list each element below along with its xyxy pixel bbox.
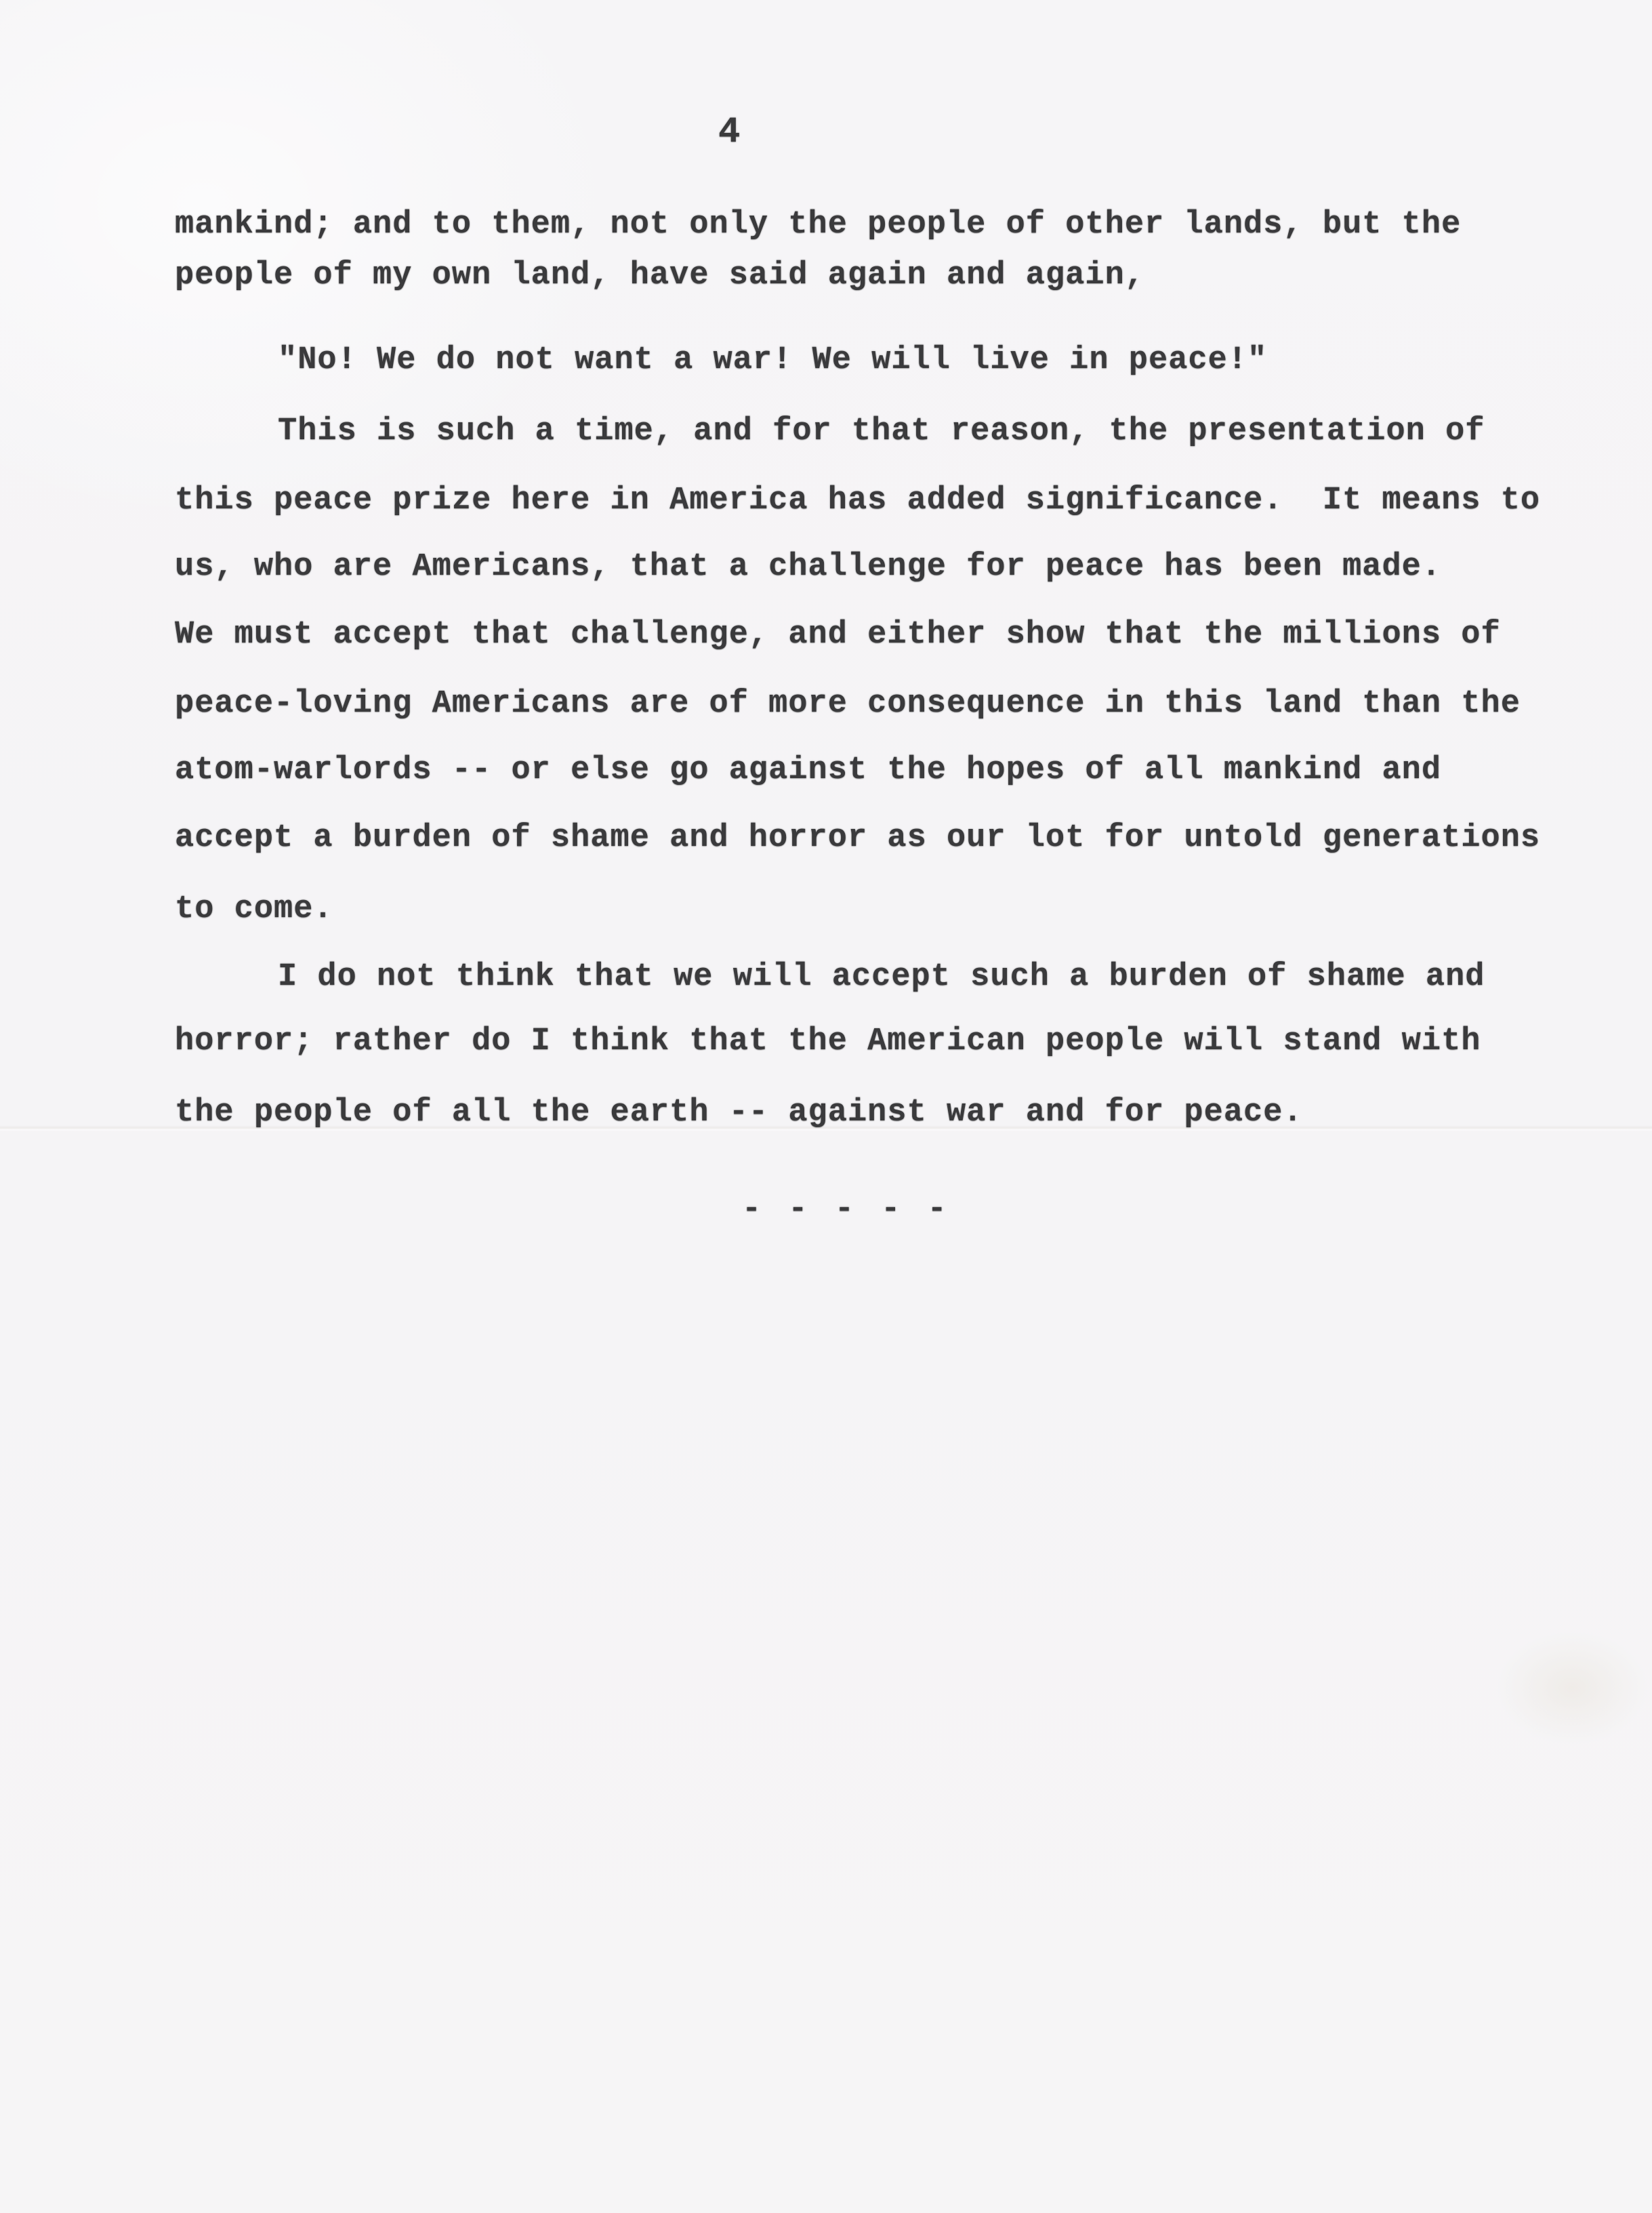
text-line-12: I do not think that we will accept such … <box>278 959 1485 995</box>
page-number: 4 <box>718 112 741 153</box>
end-mark: - - - - - <box>742 1192 951 1227</box>
text-line-2: people of my own land, have said again a… <box>175 258 1144 293</box>
text-line-7: We must accept that challenge, and eithe… <box>175 617 1501 653</box>
text-line-6: us, who are Americans, that a challenge … <box>175 549 1441 585</box>
text-line-1: mankind; and to them, not only the peopl… <box>175 207 1461 243</box>
text-line-13: horror; rather do I think that the Ameri… <box>175 1023 1481 1059</box>
text-line-4: This is such a time, and for that reason… <box>278 413 1485 449</box>
text-line-9: atom-warlords -- or else go against the … <box>175 752 1441 788</box>
text-line-3-quote: "No! We do not want a war! We will live … <box>278 342 1267 378</box>
text-line-11: to come. <box>175 891 333 927</box>
text-line-14: the people of all the earth -- against w… <box>175 1095 1303 1131</box>
typewritten-page: 4 mankind; and to them, not only the peo… <box>0 0 1652 2213</box>
text-line-10: accept a burden of shame and horror as o… <box>175 820 1540 856</box>
text-line-8: peace-loving Americans are of more conse… <box>175 686 1521 722</box>
text-line-5: this peace prize here in America has add… <box>175 483 1540 519</box>
